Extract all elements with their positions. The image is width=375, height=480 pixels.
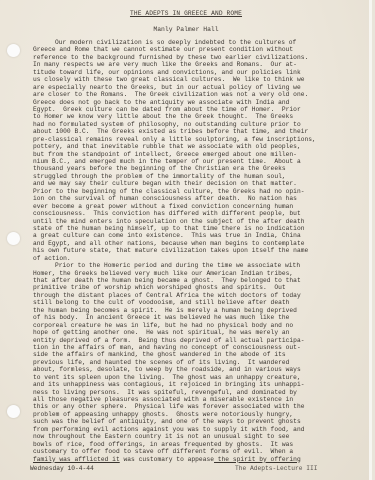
text-line: his own future state, that mature civili… [33, 247, 358, 254]
text-line: Homer, the Greeks believed very much lik… [33, 270, 358, 277]
text-line: are especially nearto the Greeks, but in… [33, 84, 358, 91]
text-line: bowls of rice, food offerings, in areas … [33, 441, 358, 448]
text-line: a great culture can come into existence.… [33, 232, 358, 239]
document-author: Manly Palmer Hall [0, 26, 372, 33]
text-line: In many respects we are very much like t… [33, 61, 358, 68]
text-line: Greece does not go back to the antiquity… [33, 99, 358, 106]
text-line: but from the standpoint of intellect, Gr… [33, 151, 358, 158]
binder-hole-icon [7, 44, 20, 57]
text-line: previous life, and haunted the scenes of… [33, 359, 358, 366]
text-line: state of the human being himself, up to … [33, 225, 358, 232]
footer-date: Wednesday 10-4-44 [30, 465, 94, 472]
text-line: that after death the human being became … [33, 277, 358, 284]
text-line-last: family was afflicted it was customary to… [33, 456, 358, 463]
text-line: about, formless, desolate, to weep by th… [33, 366, 358, 373]
text-line: reference to the background furnished by… [33, 54, 358, 61]
text-line: had no formulated system of philosophy, … [33, 121, 358, 128]
text-line: about 1000 B.C. The Greeks existed as tr… [33, 128, 358, 135]
text-line: consciousness. This conviction has diffe… [33, 210, 358, 217]
text-line: through the distant places of Central Af… [33, 292, 358, 299]
text-line: problem of appeasing unhappy ghosts. Gho… [33, 411, 358, 418]
text-line: and we may say their culture began with … [33, 180, 358, 187]
text-line: still belong to the cult of voodooism, a… [33, 299, 358, 306]
text-line: struggled through the problem of the imm… [33, 173, 358, 180]
underlined-phrase: family was afflicted it [33, 456, 120, 463]
text-line: primitive tribe of worship which worship… [33, 284, 358, 291]
text-line: are closer to the Romans. The Greek civi… [33, 91, 358, 98]
text-line: Greece and Rome that we cannot estimate … [33, 46, 358, 53]
text-line: thousand years before the beginning of t… [33, 165, 358, 172]
text-line: such was the belief of antiquity, and on… [33, 418, 358, 425]
text-line: customary to offer food to stave off dif… [33, 448, 358, 455]
text-line: Prior to the Homeric period and during t… [33, 262, 358, 269]
text-line: and Egypt, and all other nations, becaus… [33, 240, 358, 247]
plain-phrase: was customary to appease [120, 456, 214, 463]
text-line: pre-classical remains reveal only a litt… [33, 136, 358, 143]
text-line: hope of getting another one. He was not … [33, 329, 358, 336]
binder-hole-icon [7, 232, 20, 245]
text-line: to vent its spleen upon the living. The … [33, 374, 358, 381]
text-line: all those negative pleasures associated … [33, 396, 358, 403]
page-edge [369, 0, 372, 480]
document-body: Our modern civilization is so deeply ind… [33, 39, 358, 463]
text-line: corporeal creature he was in life, but h… [33, 322, 358, 329]
text-line: Prior to the beginning of the classical … [33, 188, 358, 195]
binder-hole-icon [7, 405, 20, 418]
text-line: Our modern civilization is so deeply ind… [33, 39, 358, 46]
text-line: ion on the survival of human consciousne… [33, 195, 358, 202]
text-line: tion in the affairs of man, and having n… [33, 344, 358, 351]
footer-lecture-label: The Adepts-Lecture III [235, 465, 318, 472]
text-line: titude toward life, our opinions and con… [33, 69, 358, 76]
text-line: ness to living persons. It was spiteful,… [33, 389, 358, 396]
text-line: nium B.C., and emerged much in the tempe… [33, 158, 358, 165]
text-line: to Homer we know very little about the t… [33, 113, 358, 120]
text-line: us closely with these two great classica… [33, 76, 358, 83]
text-line: of his body. In ancient Greece it was be… [33, 314, 358, 321]
text-line: now throughout the Eastern country it is… [33, 433, 358, 440]
text-line: the human being becomes a spirit. He is … [33, 307, 358, 314]
text-line: from performing evil actions against you… [33, 426, 358, 433]
document-footer: Wednesday 10-4-44 The Adepts-Lecture III [30, 465, 330, 472]
text-line: of action. [33, 255, 358, 262]
text-line: pottery, and that inevitable rubble that… [33, 143, 358, 150]
text-line: entity deprived of a form. Being thus de… [33, 337, 358, 344]
underlined-phrase: the spirit by offering [214, 456, 301, 463]
text-line: and its unhappiness was contagious, it r… [33, 381, 358, 388]
text-line: ever become a great power without a fixe… [33, 203, 358, 210]
text-line: Egypt. Greek culture can be dated from a… [33, 106, 358, 113]
text-line: this or any other sphere. Physical life … [33, 403, 358, 410]
text-line: side the affairs of mankind, the ghost w… [33, 351, 358, 358]
document-title: THE ADEPTS IN GREECE AND ROME [0, 10, 372, 17]
text-line: until the mind enters into speculation o… [33, 218, 358, 225]
document-page: THE ADEPTS IN GREECE AND ROME Manly Palm… [0, 0, 372, 480]
